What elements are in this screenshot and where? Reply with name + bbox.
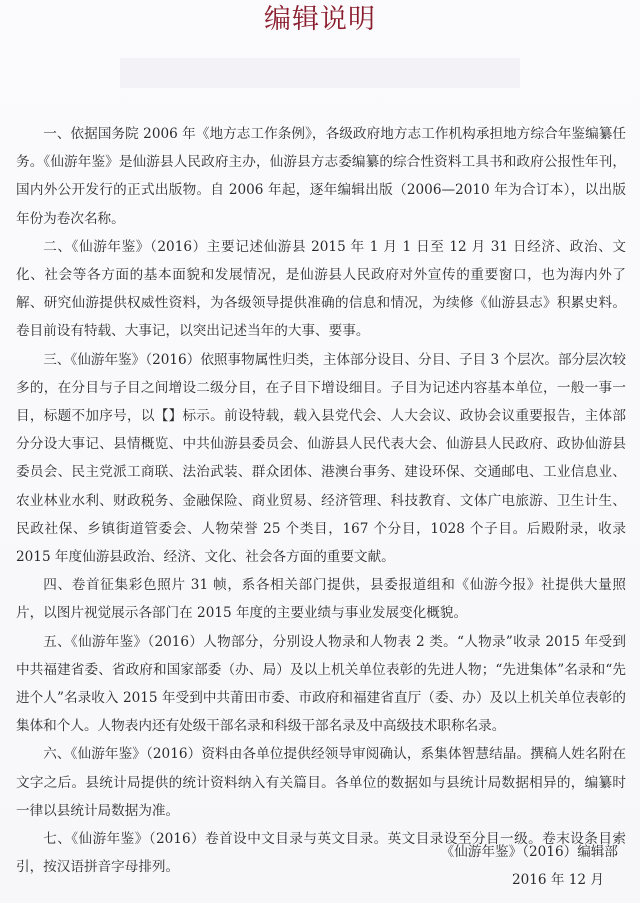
paragraph-3: 三、《仙游年鉴》（2016）依照事物属性归类，主体部分设目、分目、子目 3 个层…: [16, 346, 626, 572]
document-body: 一、依据国务院 2006 年《地方志工作条例》，各级政府地方志工作机构承担地方综…: [16, 120, 626, 881]
page-title: 编辑说明: [0, 2, 640, 38]
paragraph-1: 一、依据国务院 2006 年《地方志工作条例》，各级政府地方志工作机构承担地方综…: [16, 120, 626, 233]
signature-editor: 《仙游年鉴》（2016）编辑部: [318, 838, 618, 866]
paragraph-2: 二、《仙游年鉴》（2016）主要记述仙游县 2015 年 1 月 1 日至 12…: [16, 233, 626, 346]
paragraph-6: 六、《仙游年鉴》（2016）资料由各单位提供经领导审阅确认，系集体智慧结晶。撰稿…: [16, 740, 626, 825]
paragraph-5: 五、《仙游年鉴》（2016）人物部分，分别设人物录和人物表 2 类。“人物录”收…: [16, 628, 626, 741]
faint-bleedthrough-watermark: [120, 58, 520, 88]
paragraph-4: 四、卷首征集彩色照片 31 帧，系各相关部门提供，县委报道组和《仙游今报》社提供…: [16, 571, 626, 627]
signature-date: 2016 年 12 月: [318, 866, 618, 894]
document-page: 编辑说明 一、依据国务院 2006 年《地方志工作条例》，各级政府地方志工作机构…: [0, 0, 640, 903]
signature-block: 《仙游年鉴》（2016）编辑部 2016 年 12 月: [318, 838, 618, 894]
